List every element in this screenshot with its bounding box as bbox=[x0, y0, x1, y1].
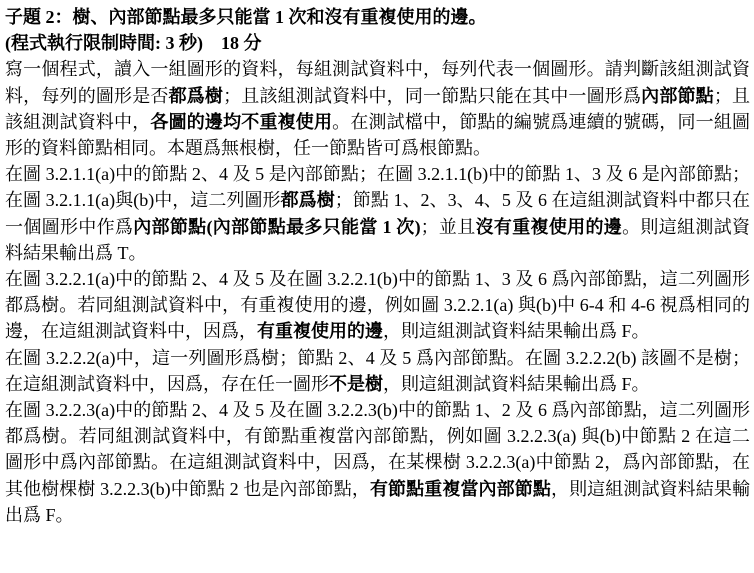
bold-text-run: 各圖的邊均不重複使用 bbox=[150, 112, 332, 132]
text-run: ，則這組測試資料結果輸出爲 F。 bbox=[383, 374, 650, 394]
text-run: ，則這組測試資料結果輸出爲 F。 bbox=[383, 321, 650, 341]
bold-text-run: (程式執行限制時間: 3 秒) 18 分 bbox=[5, 33, 261, 53]
document-body: 子題 2：樹、內部節點最多只能當 1 次和沒有重複使用的邊。(程式執行限制時間:… bbox=[5, 4, 750, 528]
bold-text-run: 沒有重複使用的邊 bbox=[476, 217, 623, 237]
bold-text-run: 內部節點 bbox=[641, 86, 714, 106]
document-page: 子題 2：樹、內部節點最多只能當 1 次和沒有重複使用的邊。(程式執行限制時間:… bbox=[0, 0, 754, 573]
bold-text-run: 有重複使用的邊 bbox=[257, 321, 383, 341]
bold-text-run: 都爲樹 bbox=[281, 190, 335, 210]
example-3223-paragraph: 在圖 3.2.2.3(a)中的節點 2、4 及 5 及在圖 3.2.2.3(b)… bbox=[5, 397, 750, 528]
bold-text-run: 子題 2：樹、內部節點最多只能當 1 次和沒有重複使用的邊。 bbox=[5, 7, 487, 27]
example-3222-paragraph: 在圖 3.2.2.2(a)中，這一列圖形爲樹；節點 2、4 及 5 爲內部節點。… bbox=[5, 345, 750, 397]
example-321-paragraph: 在圖 3.2.1.1(a)中的節點 2、4 及 5 是內部節點；在圖 3.2.1… bbox=[5, 161, 750, 266]
subtitle-heading: 子題 2：樹、內部節點最多只能當 1 次和沒有重複使用的邊。 bbox=[5, 4, 750, 30]
bold-text-run: 不是樹 bbox=[329, 374, 383, 394]
text-run: ；並且 bbox=[421, 217, 476, 237]
problem-description-paragraph: 寫一個程式，讀入一組圖形的資料，每組測試資料中，每列代表一個圖形。請判斷該組測試… bbox=[5, 56, 750, 161]
bold-text-run: 都爲樹 bbox=[169, 86, 224, 106]
example-3221-paragraph: 在圖 3.2.2.1(a)中的節點 2、4 及 5 及在圖 3.2.2.1(b)… bbox=[5, 266, 750, 345]
bold-text-run: 內部節點(內部節點最多只能當 1 次) bbox=[133, 217, 420, 237]
bold-text-run: 有節點重複當內部節點 bbox=[370, 479, 551, 499]
text-run: ；且該組測試資料中，同一節點只能在其中一圖形爲 bbox=[223, 86, 641, 106]
time-limit-heading: (程式執行限制時間: 3 秒) 18 分 bbox=[5, 30, 750, 56]
